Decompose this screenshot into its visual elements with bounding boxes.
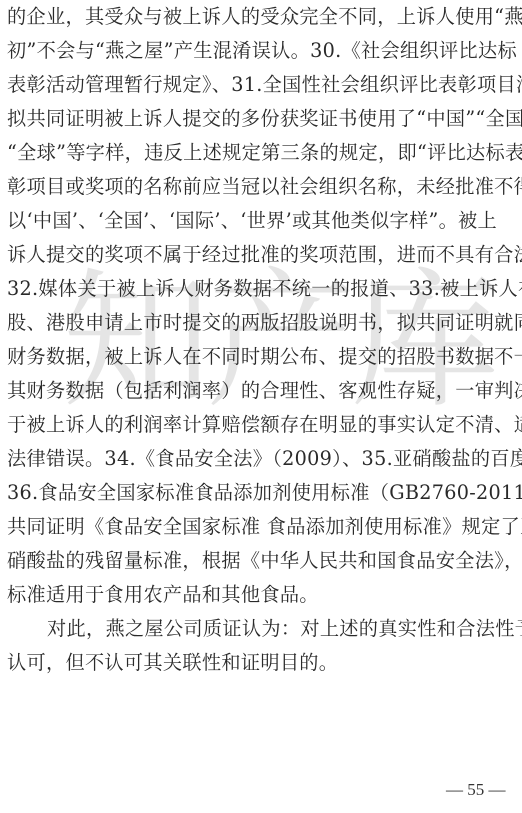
text-line: 股、港股申请上市时提交的两版招股说明书，拟共同证明就同一 xyxy=(7,306,522,340)
text-line: 表彰活动管理暂行规定》、31.全国性社会组织评比表彰项目清单， xyxy=(7,68,522,102)
document-page: 知产库 的企业，其受众与被上诉人的受众完全不同，上诉人使用“燕之 初”不会与“燕… xyxy=(0,0,522,813)
text-line: 硝酸盐的残留量标准，根据《中华人民共和国食品安全法》，该 xyxy=(7,544,522,578)
text-line: 认可，但不认可其关联性和证明目的。 xyxy=(7,646,338,680)
page-number: — 55 — xyxy=(446,780,506,800)
text-line: 于被上诉人的利润率计算赔偿额存在明显的事实认定不清、适用 xyxy=(7,408,522,442)
text-line: 36.食品安全国家标准食品添加剂使用标准（GB2760-2011），拟 xyxy=(7,476,522,510)
text-line: 拟共同证明被上诉人提交的多份获奖证书使用了“中国”“全国” xyxy=(7,102,522,136)
text-line: 法律错误。34.《食品安全法》（2009）、35.亚硝酸盐的百度百科、 xyxy=(7,442,522,476)
text-line: 诉人提交的奖项不属于经过批准的奖项范围，进而不具有合法性。 xyxy=(7,238,522,272)
text-line: 财务数据，被上诉人在不同时期公布、提交的招股书数据不一致， xyxy=(7,340,522,374)
text-line: 的企业，其受众与被上诉人的受众完全不同，上诉人使用“燕之 xyxy=(7,0,522,34)
text-line: 32.媒体关于被上诉人财务数据不统一的报道、33.被上诉人在A xyxy=(7,272,522,306)
text-line: “全球”等字样，违反上述规定第三条的规定，即“评比达标表 xyxy=(7,136,522,170)
text-line: 以‘中国’、‘全国’、‘国际’、‘世界’或其他类似字样”。被上 xyxy=(7,204,497,238)
text-line: 标准适用于食用农产品和其他食品。 xyxy=(7,578,319,612)
text-line: 初”不会与“燕之屋”产生混淆误认。30.《社会组织评比达标 xyxy=(7,34,517,68)
text-line: 其财务数据（包括利润率）的合理性、客观性存疑，一审判决基 xyxy=(7,374,522,408)
text-line: 共同证明《食品安全国家标准 食品添加剂使用标准》规定了亚 xyxy=(7,510,522,544)
text-line: 彰项目或奖项的名称前应当冠以社会组织名称，未经批准不得冠 xyxy=(7,170,522,204)
paragraph-first-line: 对此，燕之屋公司质证认为：对上述的真实性和合法性予以 xyxy=(47,612,522,646)
